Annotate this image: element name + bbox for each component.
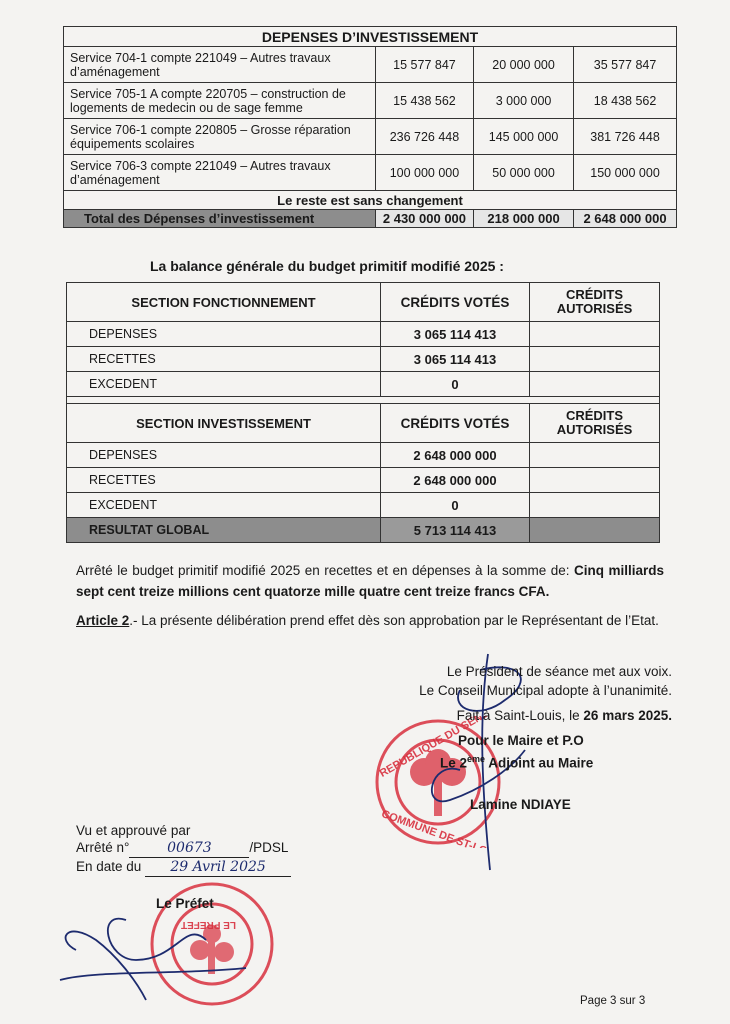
table-row: DEPENSES 3 065 114 413 <box>67 322 660 347</box>
depenses-investissement-table: DEPENSES D’INVESTISSEMENT Service 704-1 … <box>63 26 677 228</box>
row-value: 15 577 847 <box>375 47 473 83</box>
global-autorises <box>530 518 660 543</box>
row-value: 2 648 000 000 <box>381 468 530 493</box>
table-row: Service 705-1 A compte 220705 – construc… <box>64 83 677 119</box>
signature-line2: Le Conseil Municipal adopte à l’unanimit… <box>340 681 672 700</box>
row-autorises <box>530 347 660 372</box>
article2-text: .- La présente délibération prend effet … <box>129 613 659 628</box>
credits-autorises-header: CRÉDITS AUTORISÉS <box>530 283 660 322</box>
investissement-header: SECTION INVESTISSEMENT CRÉDITS VOTÉS CRÉ… <box>67 404 660 443</box>
table-row: EXCEDENT 0 <box>67 493 660 518</box>
row-value: 0 <box>381 372 530 397</box>
row-label: DEPENSES <box>67 443 381 468</box>
credits-votes-header: CRÉDITS VOTÉS <box>381 283 530 322</box>
row-autorises <box>530 468 660 493</box>
table-title: DEPENSES D’INVESTISSEMENT <box>64 27 677 47</box>
section-header: SECTION INVESTISSEMENT <box>67 404 381 443</box>
row-value: 145 000 000 <box>474 119 574 155</box>
table-row: EXCEDENT 0 <box>67 372 660 397</box>
signature-block: Le Président de séance met aux voix. Le … <box>340 662 672 814</box>
global-value: 5 713 114 413 <box>381 518 530 543</box>
row-label: Service 705-1 A compte 220705 – construc… <box>64 83 376 119</box>
credits-autorises-header: CRÉDITS AUTORISÉS <box>530 404 660 443</box>
row-label: EXCEDENT <box>67 372 381 397</box>
row-label: EXCEDENT <box>67 493 381 518</box>
total-value: 218 000 000 <box>474 210 574 228</box>
table-row: DEPENSES 2 648 000 000 <box>67 443 660 468</box>
global-label: RESULTAT GLOBAL <box>67 518 381 543</box>
table-row: Service 706-1 compte 220805 – Grosse rép… <box>64 119 677 155</box>
row-value: 100 000 000 <box>375 155 473 191</box>
approval-arrete: Arrêté n°00673/PDSL <box>76 839 291 858</box>
row-value: 15 438 562 <box>375 83 473 119</box>
signature-role2: Le 2ème Adjoint au Maire <box>340 750 672 773</box>
prefet-label: Le Préfet <box>156 896 214 911</box>
total-label: Total des Dépenses d’investissement <box>64 210 376 228</box>
row-autorises <box>530 443 660 468</box>
arrete-paragraph: Arrêté le budget primitif modifié 2025 e… <box>76 560 664 602</box>
arrete-text: Arrêté le budget primitif modifié 2025 e… <box>76 563 574 578</box>
credits-votes-header: CRÉDITS VOTÉS <box>381 404 530 443</box>
row-label: Service 706-1 compte 220805 – Grosse rép… <box>64 119 376 155</box>
approval-block: Vu et approuvé par Arrêté n°00673/PDSL E… <box>76 822 291 877</box>
row-value: 3 065 114 413 <box>381 322 530 347</box>
row-value: 2 648 000 000 <box>381 443 530 468</box>
table-row: RECETTES 3 065 114 413 <box>67 347 660 372</box>
balance-table: SECTION FONCTIONNEMENT CRÉDITS VOTÉS CRÉ… <box>66 282 660 543</box>
approval-date: En date du 29 Avril 2025 <box>76 858 291 877</box>
signature-role1: Pour le Maire et P.O <box>340 731 672 750</box>
row-autorises <box>530 372 660 397</box>
row-label: RECETTES <box>67 347 381 372</box>
row-value: 150 000 000 <box>574 155 677 191</box>
row-label: RECETTES <box>67 468 381 493</box>
article2-label: Article 2 <box>76 613 129 628</box>
row-value: 50 000 000 <box>474 155 574 191</box>
arrete-number: 00673 <box>167 840 212 856</box>
row-autorises <box>530 322 660 347</box>
total-row: Total des Dépenses d’investissement 2 43… <box>64 210 677 228</box>
table-row: Service 704-1 compte 221049 – Autres tra… <box>64 47 677 83</box>
fonctionnement-header: SECTION FONCTIONNEMENT CRÉDITS VOTÉS CRÉ… <box>67 283 660 322</box>
total-value: 2 648 000 000 <box>574 210 677 228</box>
section-separator <box>67 397 660 404</box>
approval-date-value: 29 Avril 2025 <box>170 859 265 875</box>
row-label: DEPENSES <box>67 322 381 347</box>
row-value: 3 065 114 413 <box>381 347 530 372</box>
table-row: Service 706-3 compte 221049 – Autres tra… <box>64 155 677 191</box>
row-value: 3 000 000 <box>474 83 574 119</box>
signatory-name: Lamine NDIAYE <box>340 795 672 814</box>
row-value: 18 438 562 <box>574 83 677 119</box>
approval-line1: Vu et approuvé par <box>76 822 291 839</box>
row-value: 0 <box>381 493 530 518</box>
row-value: 381 726 448 <box>574 119 677 155</box>
article2-paragraph: Article 2.- La présente délibération pre… <box>76 608 664 634</box>
row-value: 20 000 000 <box>474 47 574 83</box>
resultat-global-row: RESULTAT GLOBAL 5 713 114 413 <box>67 518 660 543</box>
signature-place-date: Fait à Saint-Louis, le 26 mars 2025. <box>340 706 672 725</box>
row-label: Service 706-3 compte 221049 – Autres tra… <box>64 155 376 191</box>
page-number: Page 3 sur 3 <box>580 995 645 1007</box>
row-autorises <box>530 493 660 518</box>
row-value: 236 726 448 <box>375 119 473 155</box>
table-row: RECETTES 2 648 000 000 <box>67 468 660 493</box>
signature-line1: Le Président de séance met aux voix. <box>340 662 672 681</box>
row-value: 35 577 847 <box>574 47 677 83</box>
section-header: SECTION FONCTIONNEMENT <box>67 283 381 322</box>
signature-date: 26 mars 2025. <box>583 708 672 723</box>
reste-note: Le reste est sans changement <box>64 191 677 210</box>
total-value: 2 430 000 000 <box>375 210 473 228</box>
prefect-signature <box>56 900 256 1010</box>
row-label: Service 704-1 compte 221049 – Autres tra… <box>64 47 376 83</box>
balance-heading: La balance générale du budget primitif m… <box>150 258 504 274</box>
